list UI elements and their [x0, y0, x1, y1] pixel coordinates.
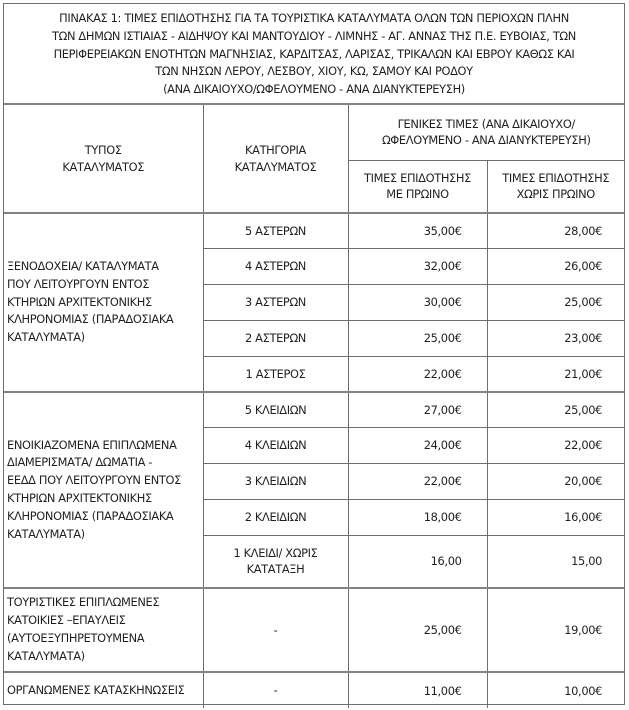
- accommodation-type-cell: ΞΕΝΟΔΟΧΕΙΑ/ ΚΑΤΑΛΥΜΑΤΑΠΟΥ ΛΕΙΤΟΥΡΓΟΥΝ ΕΝ…: [4, 213, 203, 392]
- header-accommodation-category: ΚΑΤΗΓΟΡΙΑΚΑΤΑΛΥΜΑΤΟΣ: [203, 105, 348, 213]
- price-without-breakfast-cell: 10,00€: [487, 672, 624, 708]
- category-cell: 5 ΑΣΤΕΡΩΝ: [203, 213, 348, 248]
- price-without-breakfast-cell: 25,00€: [487, 392, 624, 427]
- accommodation-type-cell: ΕΝΟΙΚΙΑΖΟΜΕΝΑ ΕΠΙΠΛΩΜΕΝΑΔΙΑΜΕΡΙΣΜΑΤΑ/ ΔΩ…: [4, 392, 203, 588]
- subsidy-rates-table: ΤΥΠΟΣΚΑΤΑΛΥΜΑΤΟΣ ΚΑΤΗΓΟΡΙΑΚΑΤΑΛΥΜΑΤΟΣ ΓΕ…: [4, 105, 624, 708]
- price-without-breakfast-cell: 15,00: [487, 535, 624, 588]
- table-row: ΤΟΥΡΙΣΤΙΚΕΣ ΕΠΙΠΛΩΜΕΝΕΣΚΑΤΟΙΚΙΕΣ –ΕΠΑΥΛΕ…: [4, 588, 624, 672]
- price-without-breakfast-cell: 21,00€: [487, 356, 624, 392]
- price-without-breakfast-cell: 16,00€: [487, 499, 624, 535]
- category-cell: 1 ΚΛΕΙΔΙ/ ΧΩΡΙΣΚΑΤΑΤΑΞΗ: [203, 535, 348, 588]
- title-line: ΠΕΡΙΦΕΡΕΙΑΚΩΝ ΕΝΟΤΗΤΩΝ ΜΑΓΝΗΣΙΑΣ, ΚΑΡΔΙΤ…: [4, 46, 624, 64]
- price-with-breakfast-cell: 25,00€: [348, 588, 487, 672]
- category-cell: 4 ΑΣΤΕΡΩΝ: [203, 248, 348, 284]
- title-line: (ΑΝΑ ΔΙΚΑΙΟΥΧΟ/ΩΦΕΛΟΥΜΕΝΟ - ΑΝΑ ΔΙΑΝΥΚΤΕ…: [4, 81, 624, 99]
- price-with-breakfast-cell: 27,00€: [348, 392, 487, 427]
- table-row: ΕΝΟΙΚΙΑΖΟΜΕΝΑ ΕΠΙΠΛΩΜΕΝΑΔΙΑΜΕΡΙΣΜΑΤΑ/ ΔΩ…: [4, 392, 624, 427]
- price-with-breakfast-cell: 25,00€: [348, 320, 487, 356]
- title-line: ΠΙΝΑΚΑΣ 1: ΤΙΜΕΣ ΕΠΙΔΟΤΗΣΗΣ ΓΙΑ ΤΑ ΤΟΥΡΙ…: [4, 10, 624, 28]
- category-cell: 1 ΑΣΤΕΡΟΣ: [203, 356, 348, 392]
- table-row: ΟΡΓΑΝΩΜΕΝΕΣ ΚΑΤΑΣΚΗΝΩΣΕΙΣ-11,00€10,00€: [4, 672, 624, 708]
- price-with-breakfast-cell: 11,00€: [348, 672, 487, 708]
- header-without-breakfast: ΤΙΜΕΣ ΕΠΙΔΟΤΗΣΗΣΧΩΡΙΣ ΠΡΩΙΝΟ: [487, 160, 624, 213]
- category-cell: 3 ΚΛΕΙΔΙΩΝ: [203, 463, 348, 499]
- category-cell: 4 ΚΛΕΙΔΙΩΝ: [203, 427, 348, 463]
- price-with-breakfast-cell: 24,00€: [348, 427, 487, 463]
- category-cell: 2 ΚΛΕΙΔΙΩΝ: [203, 499, 348, 535]
- title-line: ΤΩΝ ΝΗΣΩΝ ΛΕΡΟΥ, ΛΕΣΒΟΥ, ΧΙΟΥ, ΚΩ, ΣΑΜΟΥ…: [4, 63, 624, 81]
- price-without-breakfast-cell: 25,00€: [487, 284, 624, 320]
- price-without-breakfast-cell: 28,00€: [487, 213, 624, 248]
- title-line: ΤΩΝ ΔΗΜΩΝ ΙΣΤΙΑΙΑΣ - ΑΙΔΗΨΟΥ ΚΑΙ ΜΑΝΤΟΥΔ…: [4, 28, 624, 46]
- category-cell: 3 ΑΣΤΕΡΩΝ: [203, 284, 348, 320]
- price-with-breakfast-cell: 30,00€: [348, 284, 487, 320]
- price-without-breakfast-cell: 26,00€: [487, 248, 624, 284]
- category-cell: -: [203, 588, 348, 672]
- price-with-breakfast-cell: 22,00€: [348, 356, 487, 392]
- price-with-breakfast-cell: 18,00€: [348, 499, 487, 535]
- category-cell: 2 ΑΣΤΕΡΩΝ: [203, 320, 348, 356]
- header-general-prices: ΓΕΝΙΚΕΣ ΤΙΜΕΣ (ΑΝΑ ΔΙΚΑΙΟΥΧΟ/ΩΦΕΛΟΥΜΕΝΟ …: [348, 105, 624, 160]
- price-without-breakfast-cell: 20,00€: [487, 463, 624, 499]
- accommodation-type-cell: ΤΟΥΡΙΣΤΙΚΕΣ ΕΠΙΠΛΩΜΕΝΕΣΚΑΤΟΙΚΙΕΣ –ΕΠΑΥΛΕ…: [4, 588, 203, 672]
- price-without-breakfast-cell: 23,00€: [487, 320, 624, 356]
- price-with-breakfast-cell: 16,00: [348, 535, 487, 588]
- price-with-breakfast-cell: 32,00€: [348, 248, 487, 284]
- price-without-breakfast-cell: 22,00€: [487, 427, 624, 463]
- accommodation-type-cell: ΟΡΓΑΝΩΜΕΝΕΣ ΚΑΤΑΣΚΗΝΩΣΕΙΣ: [4, 672, 203, 708]
- category-cell: -: [203, 672, 348, 708]
- header-with-breakfast: ΤΙΜΕΣ ΕΠΙΔΟΤΗΣΗΣΜΕ ΠΡΩΙΝΟ: [348, 160, 487, 213]
- price-with-breakfast-cell: 35,00€: [348, 213, 487, 248]
- table-row: ΞΕΝΟΔΟΧΕΙΑ/ ΚΑΤΑΛΥΜΑΤΑΠΟΥ ΛΕΙΤΟΥΡΓΟΥΝ ΕΝ…: [4, 213, 624, 248]
- document-page: ΠΙΝΑΚΑΣ 1: ΤΙΜΕΣ ΕΠΙΔΟΤΗΣΗΣ ΓΙΑ ΤΑ ΤΟΥΡΙ…: [3, 3, 625, 705]
- price-without-breakfast-cell: 19,00€: [487, 588, 624, 672]
- price-with-breakfast-cell: 22,00€: [348, 463, 487, 499]
- category-cell: 5 ΚΛΕΙΔΙΩΝ: [203, 392, 348, 427]
- table-title: ΠΙΝΑΚΑΣ 1: ΤΙΜΕΣ ΕΠΙΔΟΤΗΣΗΣ ΓΙΑ ΤΑ ΤΟΥΡΙ…: [4, 4, 624, 105]
- header-accommodation-type: ΤΥΠΟΣΚΑΤΑΛΥΜΑΤΟΣ: [4, 105, 203, 213]
